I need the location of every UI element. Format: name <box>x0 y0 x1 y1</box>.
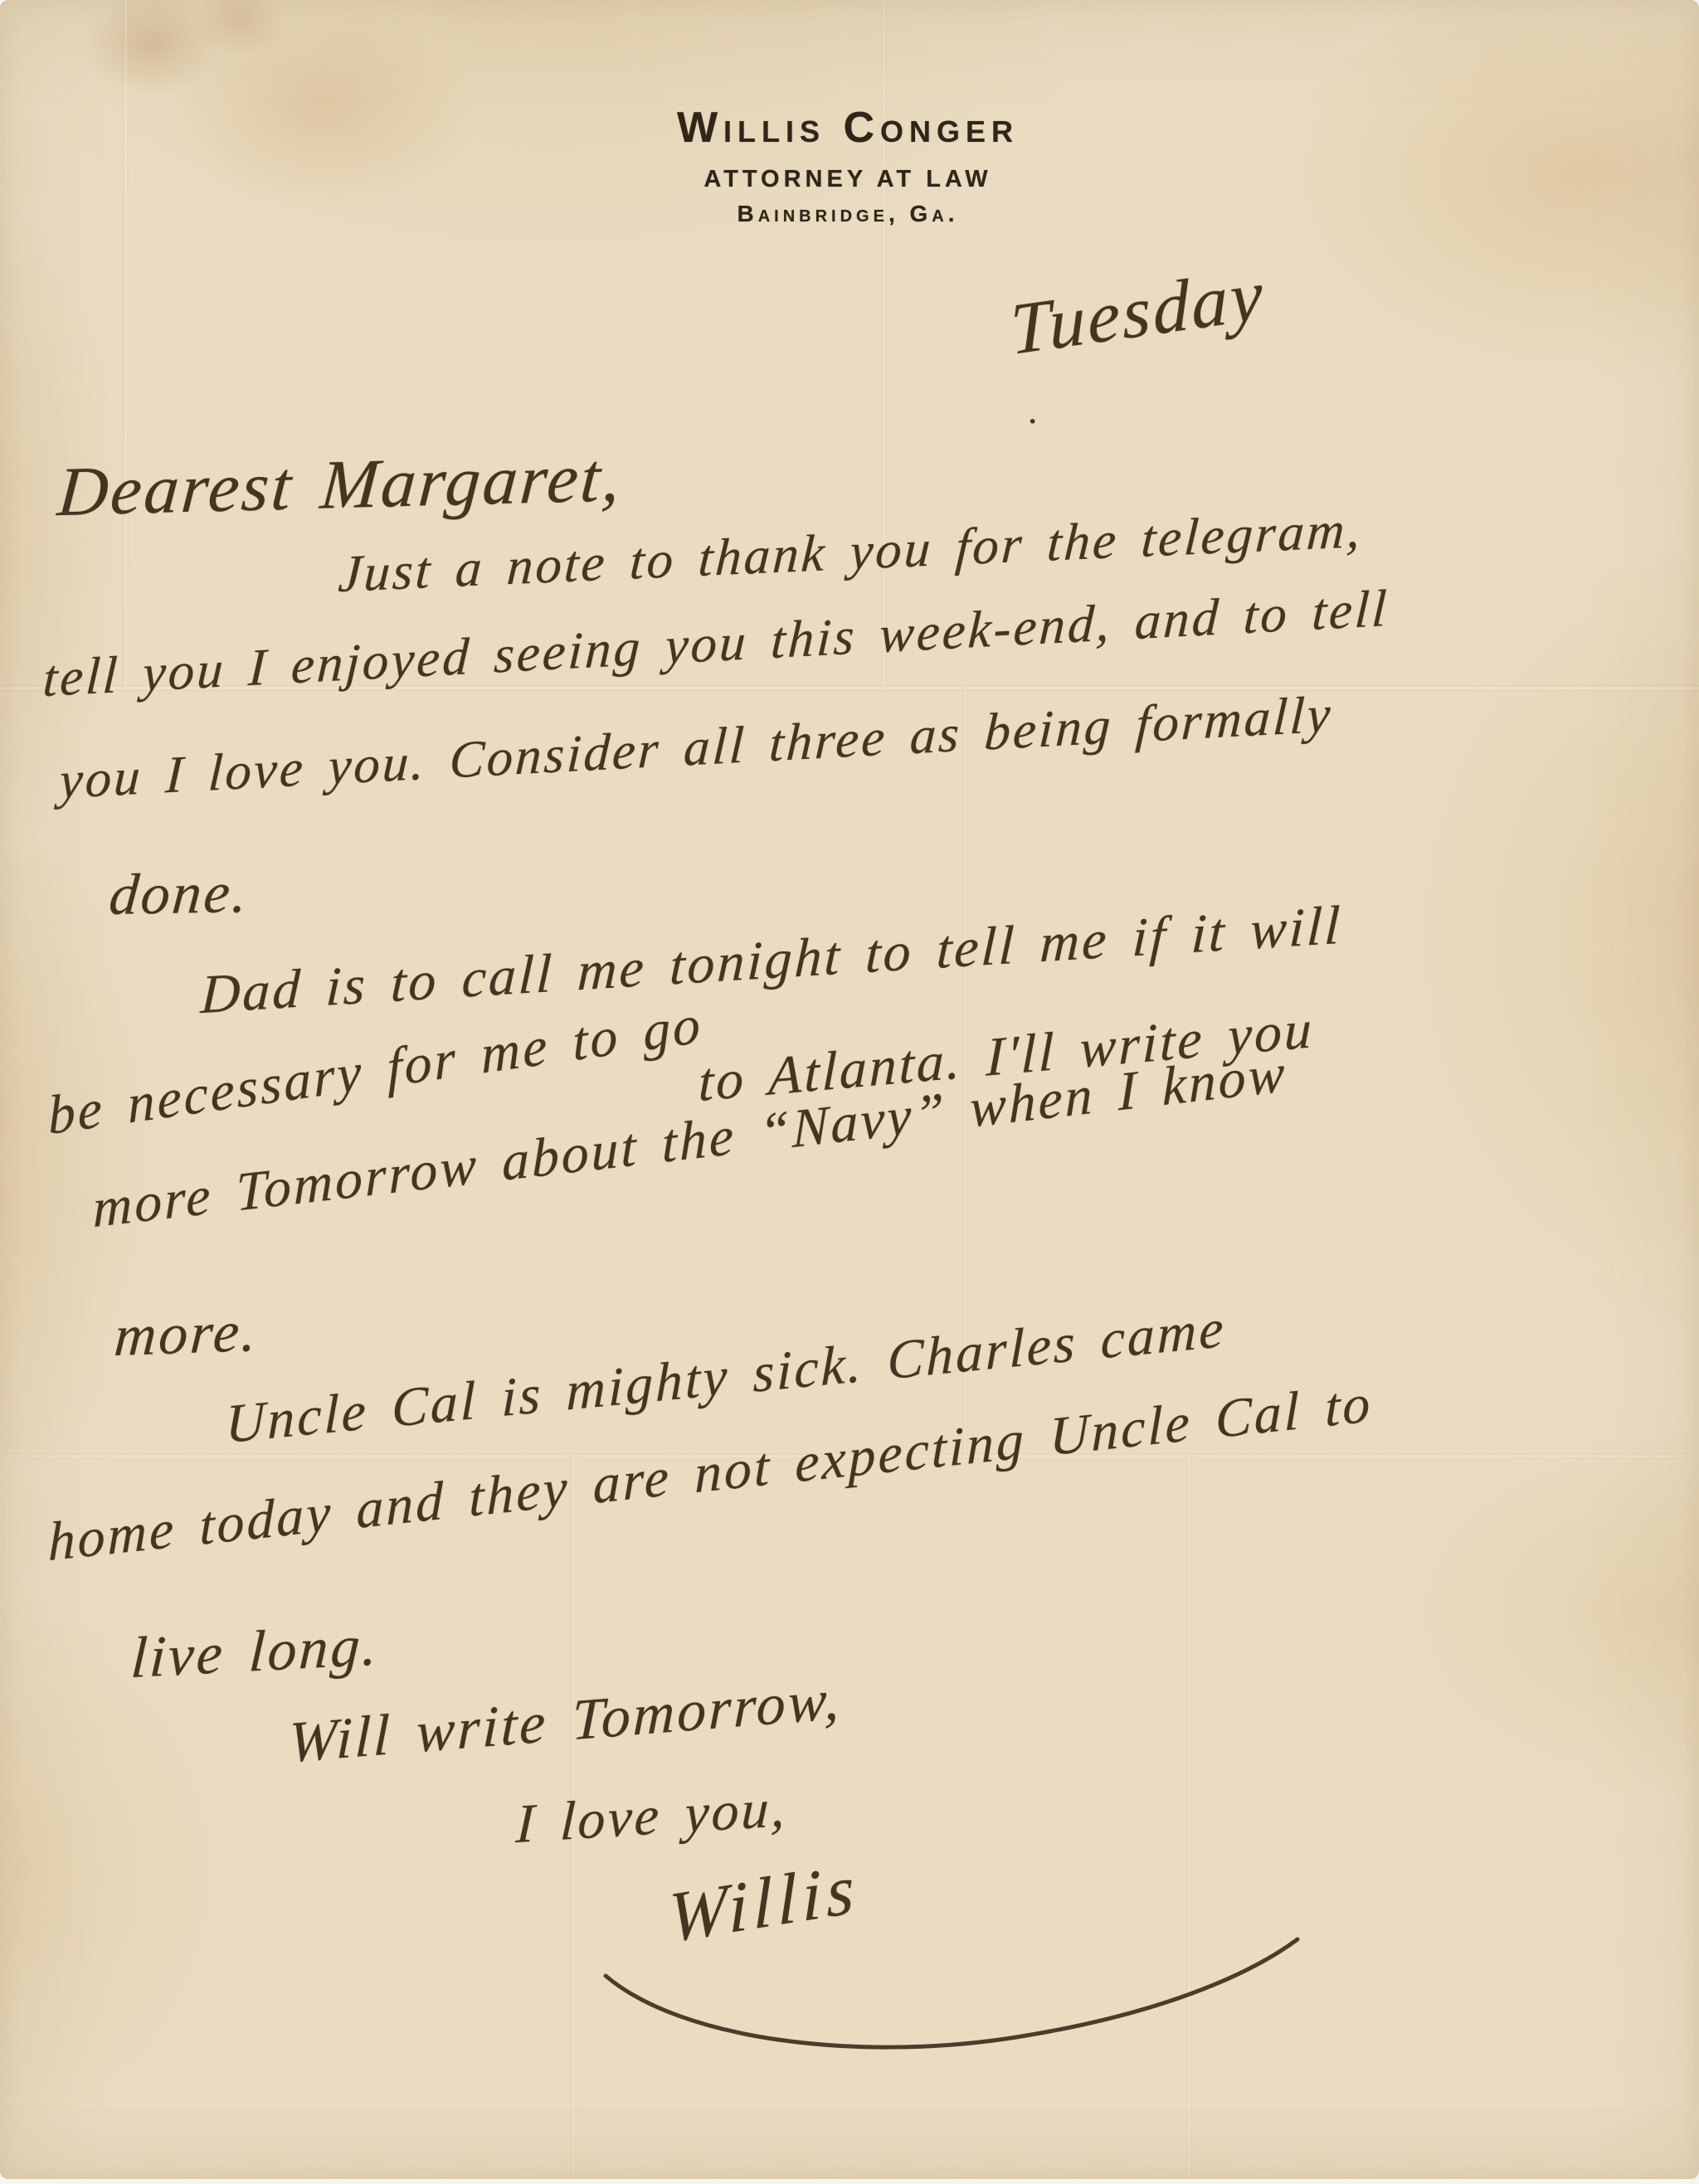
closing-line-1: Will write Tomorrow, <box>288 1666 843 1777</box>
fold-crease-vertical-bottomright <box>1186 1453 1192 2179</box>
body-line-12: live long. <box>129 1612 381 1692</box>
letterhead-name: Willis Conger <box>677 103 1019 153</box>
body-line-4: done. <box>106 860 252 929</box>
body-line-3: you I love you. Consider all three as be… <box>58 683 1334 811</box>
fold-crease-vertical-topleft <box>123 0 129 688</box>
letter-paper: Willis Conger ATTORNEY AT LAW Bainbridge… <box>0 0 1699 2179</box>
signature-flourish-stroke <box>606 1939 1297 2047</box>
closing-line-2: I love you, <box>514 1777 788 1856</box>
scanned-letter: Willis Conger ATTORNEY AT LAW Bainbridge… <box>0 0 1699 2184</box>
body-line-9: more. <box>112 1299 260 1370</box>
signature-flourish <box>591 1933 1312 2057</box>
letterhead-location: Bainbridge, Ga. <box>737 201 958 227</box>
salutation: Dearest Margaret, <box>55 437 626 533</box>
letterhead-title: ATTORNEY AT LAW <box>703 166 991 193</box>
letter-date: Tuesday <box>1009 253 1266 373</box>
letter-date-period: . <box>1029 388 1041 432</box>
body-line-5: Dad is to call me tonight to tell me if … <box>199 894 1343 1027</box>
